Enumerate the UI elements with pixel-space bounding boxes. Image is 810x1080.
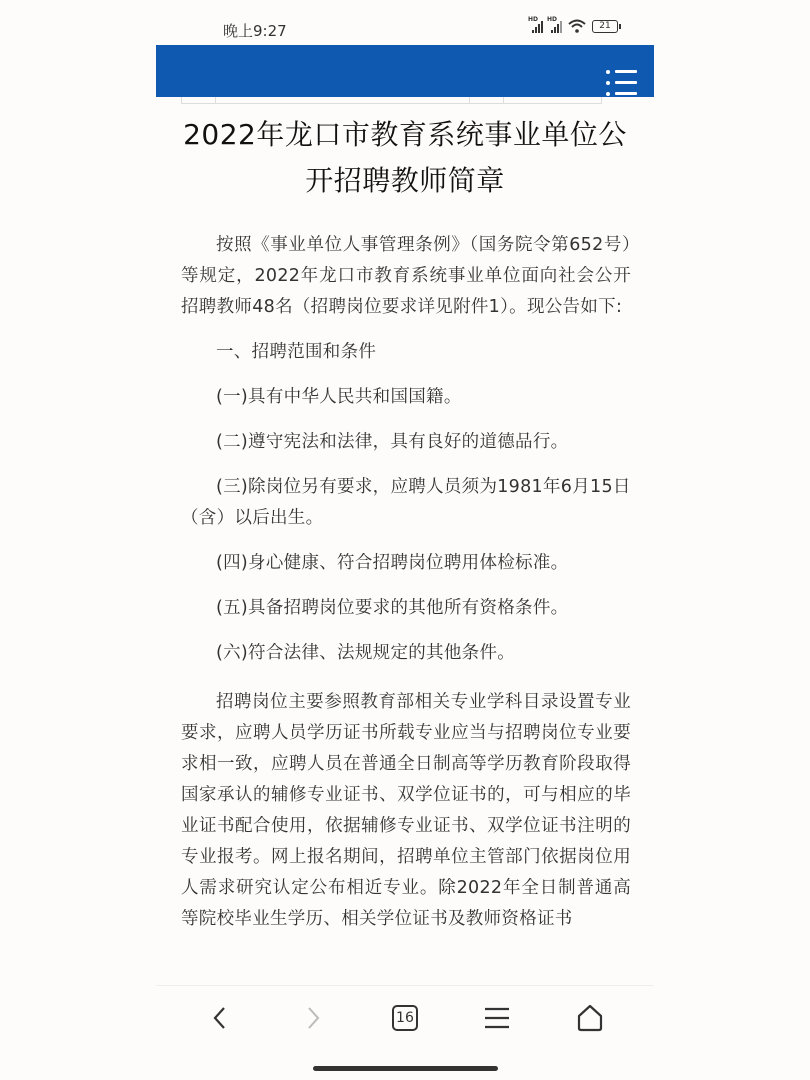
condition-item: (四)身心健康、符合招聘岗位聘用体检标准。 <box>181 548 631 579</box>
wifi-icon <box>568 19 586 33</box>
cellular-signal-icon: HD <box>530 19 543 33</box>
article-content: 2022年龙口市教育系统事业单位公开招聘教师简章 按照《事业单位人事管理条例》（… <box>181 108 631 935</box>
tab-count-badge: 16 <box>392 1005 418 1031</box>
status-time: 晚上9:27 <box>223 20 287 41</box>
forward-button[interactable] <box>293 998 333 1038</box>
status-bar: 晚上9:27 HD HD 21 <box>155 0 654 46</box>
chevron-right-icon <box>303 1005 323 1031</box>
hd-label: HD <box>528 16 538 23</box>
condition-item: (三)除岗位另有要求，应聘人员须为1981年6月15日（含）以后出生。 <box>181 472 631 534</box>
chevron-left-icon <box>210 1005 230 1031</box>
back-button[interactable] <box>200 998 240 1038</box>
tabs-button[interactable]: 16 <box>385 998 425 1038</box>
home-icon <box>576 1004 604 1032</box>
condition-item: (五)具备招聘岗位要求的其他所有资格条件。 <box>181 593 631 624</box>
list-menu-icon[interactable] <box>606 67 640 97</box>
cellular-signal-icon-2: HD <box>549 19 562 33</box>
home-indicator[interactable] <box>313 1066 498 1071</box>
site-header-bar <box>156 45 654 97</box>
section-heading: 一、招聘范围和条件 <box>181 337 631 368</box>
article-title: 2022年龙口市教育系统事业单位公开招聘教师简章 <box>175 112 635 204</box>
body-paragraph: 招聘岗位主要参照教育部相关专业学科目录设置专业要求，应聘人员学历证书所载专业应当… <box>181 687 631 935</box>
menu-button[interactable] <box>477 998 517 1038</box>
hd-label-2: HD <box>547 16 557 23</box>
condition-item: (二)遵守宪法和法律，具有良好的道德品行。 <box>181 427 631 458</box>
condition-item: (一)具有中华人民共和国国籍。 <box>181 382 631 413</box>
battery-icon: 21 <box>592 20 618 33</box>
home-button[interactable] <box>570 998 610 1038</box>
intro-paragraph: 按照《事业单位人事管理条例》（国务院令第652号）等规定，2022年龙口市教育系… <box>181 230 631 323</box>
browser-bottom-toolbar: 16 <box>156 993 654 1043</box>
status-icons: HD HD 21 <box>530 19 618 33</box>
hamburger-icon <box>484 1007 510 1029</box>
condition-item: (六)符合法律、法规规定的其他条件。 <box>181 638 631 669</box>
